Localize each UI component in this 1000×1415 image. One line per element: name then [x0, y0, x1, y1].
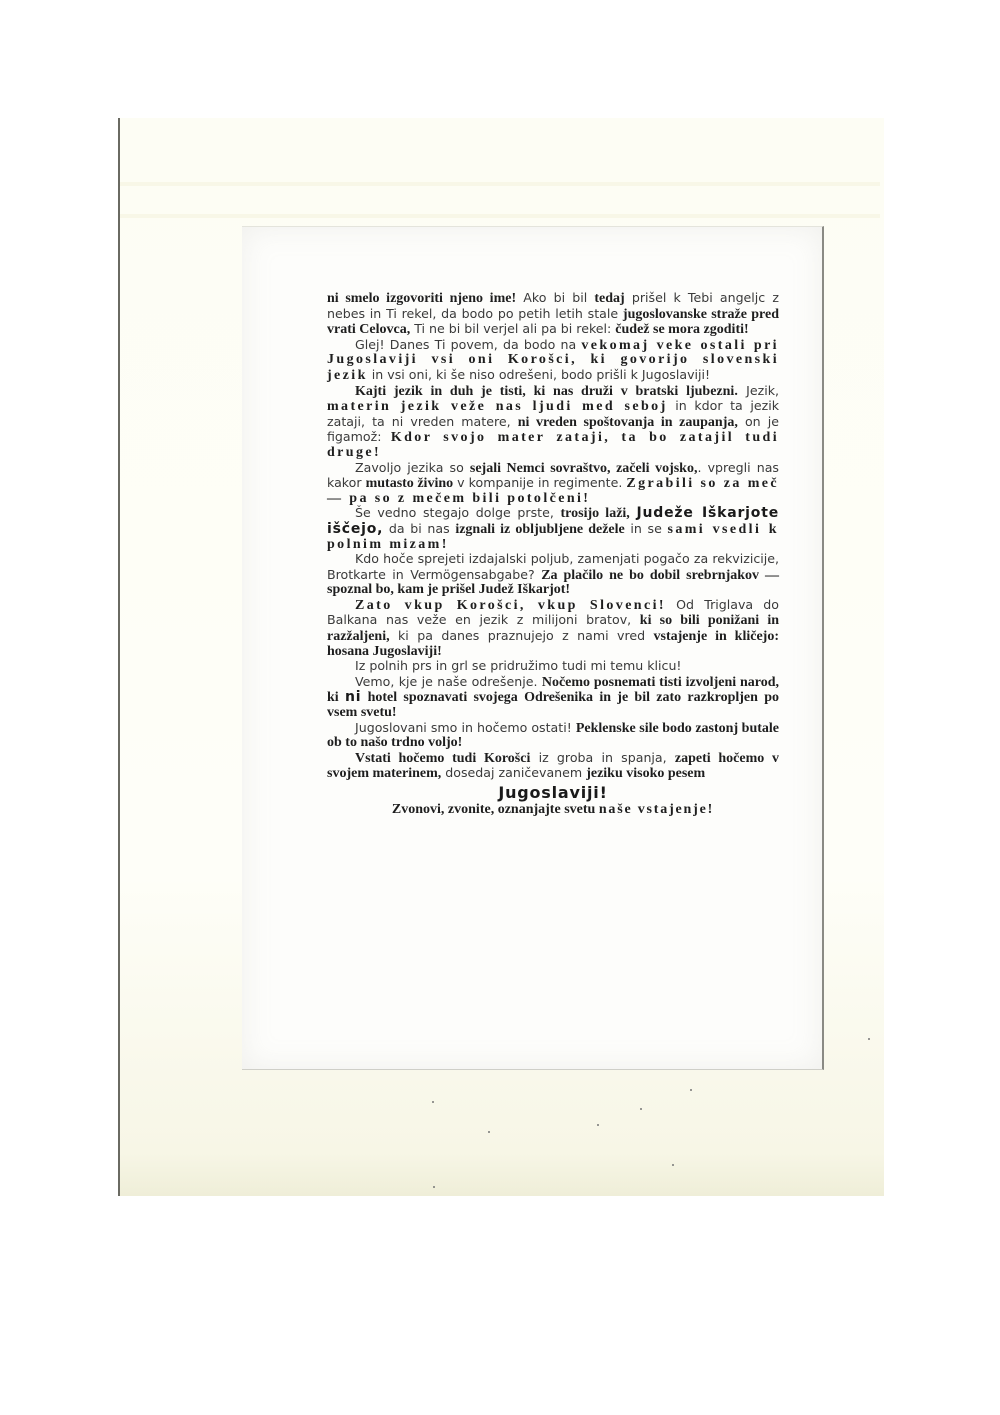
text-run: Glej! Danes Ti povem, da bodo na: [355, 337, 581, 352]
paragraph: Še vedno stegajo dolge prste, trosijo la…: [327, 506, 779, 552]
text-run: Zato vkup Korošci, vkup Slovenci!: [355, 598, 666, 613]
text-run: Vemo, kje je naše odrešenje.: [355, 674, 542, 689]
scan-speck: [488, 1131, 490, 1133]
text-run: Kajti jezik in duh je tisti, ki nas druž…: [355, 384, 738, 399]
scan-speck: [868, 1038, 870, 1040]
scan-speck: [640, 1108, 642, 1110]
text-run: mutasto živino: [366, 476, 454, 491]
scan-speck: [597, 1124, 599, 1126]
text-run: in vsi oni, ki še niso odrešeni, bodo pr…: [368, 367, 710, 382]
text-run: sejali Nemci sovraštvo, začeli vojsko,: [470, 461, 698, 476]
text-run: Zavoljo jezika so: [355, 460, 470, 475]
text-run: Vstati hočemo tudi Korošci: [355, 751, 530, 766]
paragraph: ni smelo izgovoriti njeno ime! Ako bi bi…: [327, 291, 779, 338]
paragraph: Zato vkup Korošci, vkup Slovenci! Od Tri…: [327, 598, 779, 659]
text-run: Iz polnih prs in grl se pridružimo tudi …: [355, 658, 681, 673]
paragraph: Jugoslovani smo in hočemo ostati! Peklen…: [327, 721, 779, 751]
scan-speck: [433, 1186, 435, 1188]
closing-spaced: naše vstajenje!: [599, 802, 714, 817]
paragraph: Vemo, kje je naše odrešenje. Nočemo posn…: [327, 675, 779, 721]
leaflet-text: ni smelo izgovoriti njeno ime! Ako bi bi…: [327, 291, 779, 817]
heading-text: Jugoslaviji!: [498, 783, 607, 802]
scan-artifact-band: [120, 182, 880, 186]
text-run: ni smelo izgovoriti njeno ime!: [327, 291, 516, 306]
text-run: Jezik,: [738, 383, 779, 398]
scan-speck: [672, 1164, 674, 1166]
text-run: ni: [345, 689, 361, 705]
text-run: jeziku visoko pesem: [586, 766, 705, 781]
paragraph: Iz polnih prs in grl se pridružimo tudi …: [327, 659, 779, 675]
text-run: materin jezik veže nas ljudi med seboj: [327, 399, 668, 414]
scan-speck: [690, 1089, 692, 1091]
body-paragraphs: ni smelo izgovoriti njeno ime! Ako bi bi…: [327, 291, 779, 782]
paragraph: Zavoljo jezika so sejali Nemci sovraštvo…: [327, 461, 779, 507]
scan-artifact-band: [120, 214, 880, 218]
text-run: čudež se mora zgoditi!: [615, 322, 748, 337]
text-run: Ti ne bi bil verjel ali pa bi rekel:: [410, 321, 615, 336]
scan-speck: [432, 1101, 434, 1103]
paragraph: Kajti jezik in duh je tisti, ki nas druž…: [327, 384, 779, 461]
text-run: dosedaj zaničevanem: [441, 765, 586, 780]
text-run: trosijo laži,: [561, 506, 630, 521]
text-run: Jugoslovani smo in hočemo ostati!: [355, 720, 576, 735]
text-run: izgnali iz obljubljene dežele: [455, 522, 624, 537]
closing-bold: Zvonovi, zvonite, oznanjajte svetu: [392, 802, 599, 817]
text-run: Še vedno stegajo dolge prste,: [355, 505, 561, 520]
text-run: [630, 505, 637, 520]
text-run: ki pa danes praznujejo z nami vred: [390, 628, 654, 643]
closing-line: Zvonovi, zvonite, oznanjajte svetu naše …: [327, 803, 779, 818]
text-run: ni vreden spoštovanja in zaupanja,: [518, 415, 738, 430]
heading-jugoslaviji: Jugoslaviji!: [327, 786, 779, 801]
text-run: in se: [625, 521, 668, 536]
text-run: da bi nas: [383, 521, 455, 536]
text-run: iz groba in spanja,: [530, 750, 675, 765]
text-run: tedaj: [594, 291, 624, 306]
text-run: Ako bi bil: [516, 290, 594, 305]
text-run: hotel spoznavati svojega Odrešenika in j…: [327, 690, 779, 720]
paragraph: Vstati hočemo tudi Korošci iz groba in s…: [327, 751, 779, 782]
paragraph: Glej! Danes Ti povem, da bodo na vekomaj…: [327, 338, 779, 384]
text-run: Kdor svojo mater zataji, ta bo zatajil t…: [327, 430, 779, 460]
text-run: v kompanije in regimente.: [453, 475, 626, 490]
paragraph: Kdo hoče sprejeti izdajalski poljub, zam…: [327, 552, 779, 598]
